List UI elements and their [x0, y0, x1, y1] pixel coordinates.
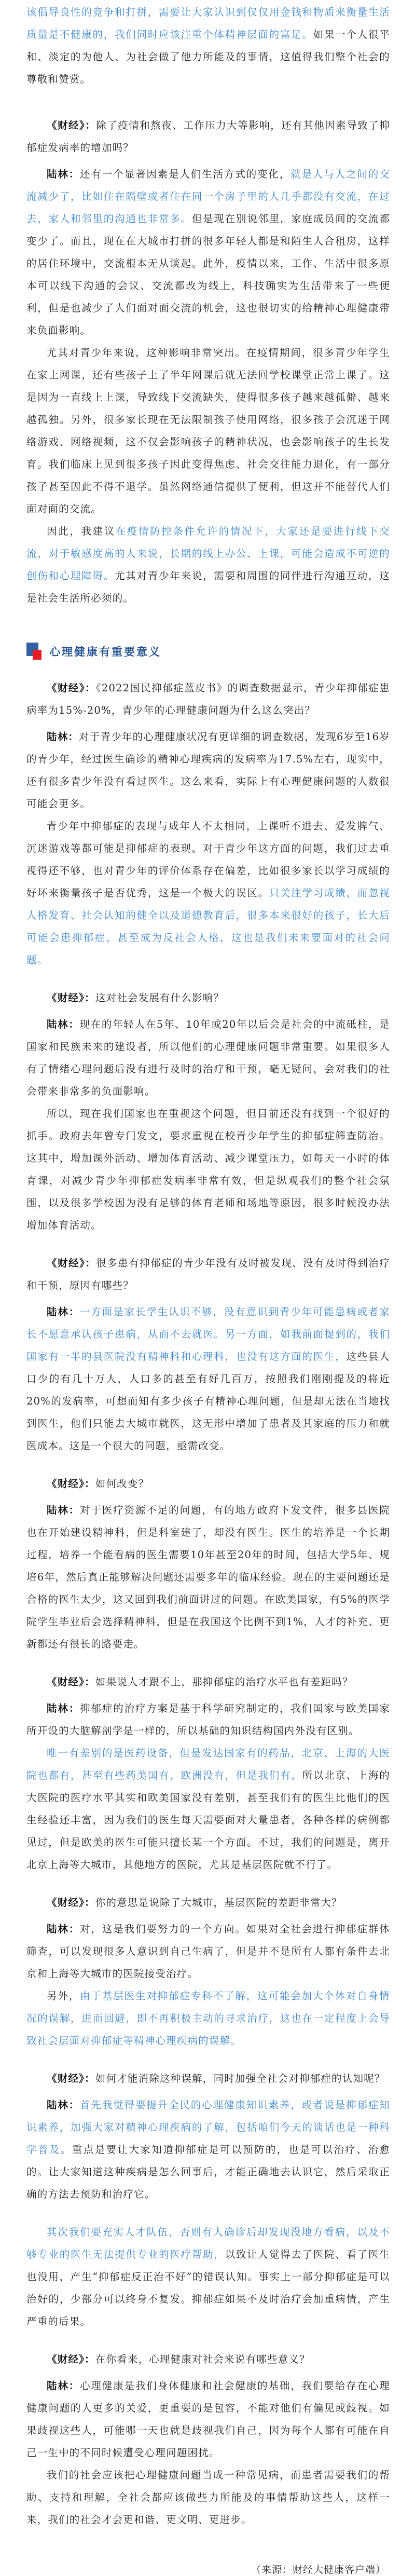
- question-paragraph: 《财经》：除了疫情和熬夜、工作压力大等影响，还有其他因素导致了抑郁症发病率的增加…: [26, 114, 390, 159]
- question-paragraph: 《财经》：在你看来，心理健康对社会来说有哪些意义？: [26, 2348, 390, 2370]
- question-paragraph: 《财经》：你的意思是说除了大城市，基层医院的差距非常大？: [26, 1891, 390, 1914]
- question-paragraph: 《财经》：如果说人才跟不上，那抑郁症的治疗水平也有差距吗？: [26, 1671, 390, 1693]
- interviewer-label: 《财经》：: [47, 1676, 95, 1688]
- body-text: 抑郁症的治疗方案是基于科学研究制定的，我们国家与欧美国家所开设的大脑解剖学是一样…: [26, 1702, 390, 1737]
- question-paragraph: 《财经》：如何才能消除这种误解，同时加强全社会对抑郁症的认知呢？: [26, 2067, 390, 2090]
- body-text: 心理健康是我们身体健康和社会健康的基础，我们要给存在心理健康问题的人更多的关爱，…: [26, 2380, 390, 2459]
- question-text: 在你看来，心理健康对社会来说有哪些意义？: [95, 2353, 310, 2365]
- body-text: 但是现在别说邻里，家庭成员间的交流都变少了。而且，现在在大城市打拼的很多年轻人都…: [26, 213, 390, 336]
- question-paragraph: 《财经》：很多患有抑郁症的青少年没有及时被发现、没有及时得到治疗和干预，原因有哪…: [26, 1252, 390, 1297]
- interviewee-label: 陆林：: [47, 1018, 80, 1030]
- answer-paragraph: 陆林：还有一个显著因素是人们生活方式的变化，就是人与人之间的交流减少了，比如住在…: [26, 163, 390, 342]
- body-text: 现在的年轻人在5年、10年或20年以后会是社会的中流砥柱，是国家和民族未来的建设…: [26, 1018, 390, 1097]
- question-text: 这对社会发展有什么影响？: [95, 992, 224, 1004]
- answer-paragraph: 因此，我建议在疫情防控条件允许的情况下，大家还是要进行线下交流，对于敏感度高的人…: [26, 520, 390, 609]
- body-text: 另外，: [47, 1990, 80, 2002]
- question-paragraph: 《财经》：如何改变？: [26, 1473, 390, 1495]
- body-text: 所以北京、上海的大医院的医疗水平其实和欧美国家没有差别，甚至我们有的医生比他们的…: [26, 1769, 390, 1871]
- body-text: 这些县人口少的有几十万人，人口多的甚至有好几百万，按照我们刚刚提及的将近20%的…: [26, 1351, 390, 1452]
- body-text: 我们的社会应该把心理健康问题当成一种常见病，而患者需要我们的帮助、支持和理解，全…: [26, 2469, 390, 2526]
- interviewer-label: 《财经》：: [47, 2353, 95, 2365]
- interviewer-label: 《财经》：: [47, 1478, 95, 1490]
- answer-paragraph: 陆林：心理健康是我们身体健康和社会健康的基础，我们要给存在心理健康问题的人更多的…: [26, 2375, 390, 2464]
- question-paragraph: 《财经》：这对社会发展有什么影响？: [26, 987, 390, 1009]
- answer-paragraph: 青少年中抑郁症的表现与成年人不太相同，上课听不进去、爱发脾气、沉迷游戏等都可能是…: [26, 815, 390, 971]
- answer-paragraph: 陆林：对于青少年的心理健康状况有更详细的调查数据，发现6岁至16岁的青少年，经过…: [26, 726, 390, 815]
- interviewer-label: 《财经》：: [47, 992, 95, 1004]
- article-body: 该倡导良性的竞争和打拼，需要让大家认识到仅仅用金钱和物质来衡量生活质量是不健康的…: [0, 0, 415, 2576]
- question-text: 如果说人才跟不上，那抑郁症的治疗水平也有差距吗？: [95, 1676, 353, 1688]
- answer-paragraph: 唯一有差别的是医药设备，但是发达国家有的药品，北京、上海的大医院也都有，甚至有些…: [26, 1742, 390, 1876]
- interviewer-label: 《财经》：: [47, 1897, 95, 1909]
- body-text: 所以，现在我们国家也在重视这个问题，但目前还没有找到一个很好的抓手。政府去年曾专…: [26, 1108, 390, 1231]
- answer-paragraph: 其次我们要充实人才队伍，否则有人确诊后却发现没地方看病，以及不够专业的医生无法提…: [26, 2221, 390, 2333]
- body-text: 还有一个显著因素是人们生活方式的变化，: [80, 168, 290, 180]
- answer-paragraph: 另外，由于基层医生对抑郁症专科不了解，这可能会加大个体对自身情况的误解，进而回避…: [26, 1985, 390, 2052]
- highlighted-text: 一方面是家长学生认识不够，没有意识到青少年可能患病或者家长不愿意承认孩子患病，从…: [26, 1306, 390, 1362]
- interviewee-label: 陆林：: [47, 731, 79, 743]
- answer-paragraph: 陆林：现在的年轻人在5年、10年或20年以后会是社会的中流砥柱，是国家和民族未来…: [26, 1013, 390, 1102]
- body-text: 对于医疗资源不足的问题，有的地方政府下发文件，很多县医院也在开始建设精神科，但是…: [26, 1504, 390, 1650]
- body-text: 对，这是我们要努力的一个方向。如果对全社会进行抑郁症群体筛查，可以发现很多人意识…: [26, 1923, 390, 1980]
- answer-paragraph: 陆林：首先我觉得要提升全民的心理健康知识素养，或者说是抑郁症知识素养，加强大家对…: [26, 2094, 390, 2205]
- body-text: 对于青少年的心理健康状况有更详细的调查数据，发现6岁至16岁的青少年，经过医生确…: [26, 731, 390, 810]
- body-text: 尤其对青少年来说，这种影响非常突出。在疫情期间，很多青少年学生在家上网课，还有些…: [26, 347, 390, 515]
- question-text: 如何才能消除这种误解，同时加强全社会对抑郁症的认知呢？: [95, 2073, 385, 2084]
- paragraph: 该倡导良性的竞争和打拼，需要让大家认识到仅仅用金钱和物质来衡量生活质量是不健康的…: [26, 1, 390, 90]
- interviewee-label: 陆林：: [47, 168, 80, 180]
- interviewee-label: 陆林：: [47, 1504, 80, 1516]
- answer-paragraph: 陆林：对，这是我们要努力的一个方向。如果对全社会进行抑郁症群体筛查，可以发现很多…: [26, 1918, 390, 1985]
- interviewer-label: 《财经》：: [47, 2073, 95, 2084]
- question-text: 如何改变？: [95, 1478, 149, 1490]
- section-header: 心理健康有重要意义: [26, 638, 390, 664]
- highlighted-text: 由于基层医生对抑郁症专科不了解，这可能会加大个体对自身情况的误解，进而回避，即不…: [26, 1990, 390, 2047]
- answer-paragraph: 尤其对青少年来说，这种影响非常突出。在疫情期间，很多青少年学生在家上网课，还有些…: [26, 342, 390, 520]
- answer-paragraph: 所以，现在我们国家也在重视这个问题，但目前还没有找到一个很好的抓手。政府去年曾专…: [26, 1102, 390, 1236]
- interviewer-label: 《财经》：: [47, 119, 96, 131]
- interviewee-label: 陆林：: [47, 1702, 80, 1714]
- body-text: 因此，我建议: [47, 525, 116, 537]
- answer-paragraph: 陆林：对于医疗资源不足的问题，有的地方政府下发文件，很多县医院也在开始建设精神科…: [26, 1499, 390, 1655]
- interviewee-label: 陆林：: [47, 2099, 80, 2111]
- question-text: 你的意思是说除了大城市，基层医院的差距非常大？: [95, 1897, 342, 1909]
- interviewer-label: 《财经》：: [47, 682, 96, 694]
- answer-paragraph: 我们的社会应该把心理健康问题当成一种常见病，而患者需要我们的帮助、支持和理解，全…: [26, 2464, 390, 2531]
- interviewee-label: 陆林：: [47, 2380, 80, 2392]
- section-square-icon: [26, 643, 42, 660]
- answer-paragraph: 陆林：一方面是家长学生认识不够，没有意识到青少年可能患病或者家长不愿意承认孩子患…: [26, 1301, 390, 1457]
- source-attribution: （来源：财经大健康客户端）: [26, 2562, 386, 2576]
- interviewer-label: 《财经》：: [47, 1257, 96, 1269]
- question-paragraph: 《财经》：《2022国民抑郁症蓝皮书》的调查数据显示，青少年抑郁症患病率为15%…: [26, 677, 390, 721]
- interviewee-label: 陆林：: [47, 1306, 80, 1318]
- answer-paragraph: 陆林：抑郁症的治疗方案是基于科学研究制定的，我们国家与欧美国家所开设的大脑解剖学…: [26, 1697, 390, 1742]
- interviewee-label: 陆林：: [47, 1923, 80, 1935]
- body-text: 重点是要让大家知道抑郁症是可以预防的，也是可以治疗、治愈的。让大家知道这种疾病是…: [26, 2144, 390, 2200]
- section-title: 心理健康有重要意义: [49, 644, 161, 659]
